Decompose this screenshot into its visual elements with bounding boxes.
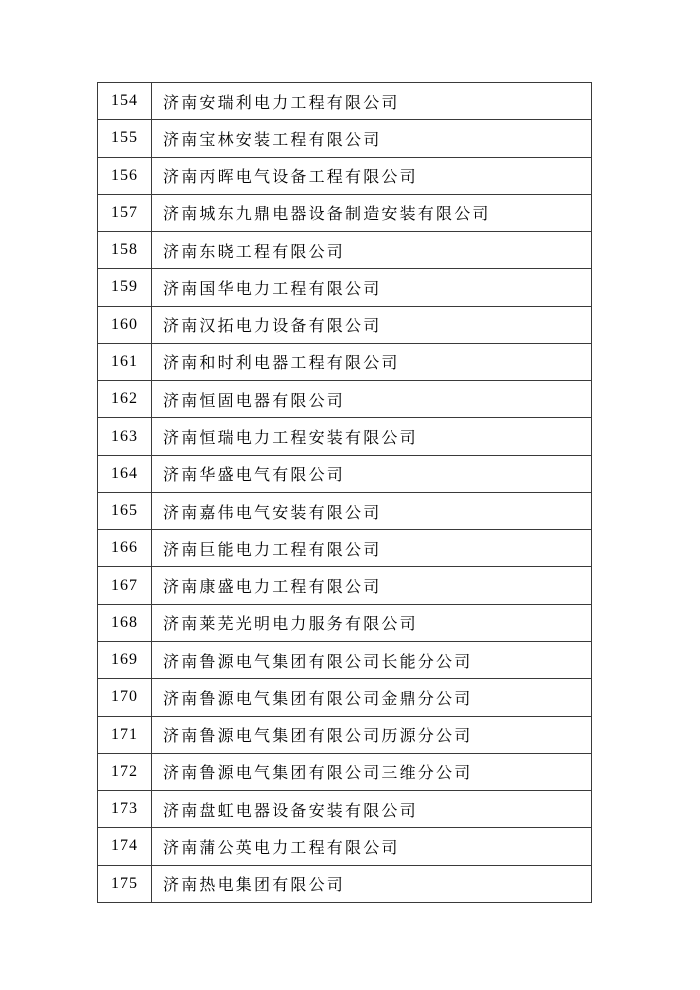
table-row: 155济南宝林安装工程有限公司	[98, 120, 592, 157]
row-number-cell: 171	[98, 716, 152, 753]
company-name-cell: 济南华盛电气有限公司	[152, 455, 592, 492]
row-number-cell: 161	[98, 343, 152, 380]
table-row: 171济南鲁源电气集团有限公司历源分公司	[98, 716, 592, 753]
table-row: 154济南安瑞利电力工程有限公司	[98, 83, 592, 120]
row-number-cell: 164	[98, 455, 152, 492]
company-name-cell: 济南热电集团有限公司	[152, 865, 592, 902]
company-name-cell: 济南恒瑞电力工程安装有限公司	[152, 418, 592, 455]
document-page: 154济南安瑞利电力工程有限公司155济南宝林安装工程有限公司156济南丙晖电气…	[0, 0, 700, 990]
table-row: 173济南盘虹电器设备安装有限公司	[98, 791, 592, 828]
company-name-cell: 济南安瑞利电力工程有限公司	[152, 83, 592, 120]
table-row: 163济南恒瑞电力工程安装有限公司	[98, 418, 592, 455]
company-table-body: 154济南安瑞利电力工程有限公司155济南宝林安装工程有限公司156济南丙晖电气…	[98, 83, 592, 903]
company-name-cell: 济南宝林安装工程有限公司	[152, 120, 592, 157]
row-number-cell: 160	[98, 306, 152, 343]
row-number-cell: 172	[98, 753, 152, 790]
company-name-cell: 济南国华电力工程有限公司	[152, 269, 592, 306]
company-name-cell: 济南和时利电器工程有限公司	[152, 343, 592, 380]
company-name-cell: 济南鲁源电气集团有限公司长能分公司	[152, 641, 592, 678]
table-row: 167济南康盛电力工程有限公司	[98, 567, 592, 604]
row-number-cell: 169	[98, 641, 152, 678]
company-name-cell: 济南鲁源电气集团有限公司三维分公司	[152, 753, 592, 790]
row-number-cell: 165	[98, 492, 152, 529]
row-number-cell: 166	[98, 530, 152, 567]
table-row: 161济南和时利电器工程有限公司	[98, 343, 592, 380]
company-name-cell: 济南恒固电器有限公司	[152, 381, 592, 418]
table-row: 157济南城东九鼎电器设备制造安装有限公司	[98, 194, 592, 231]
table-row: 174济南蒲公英电力工程有限公司	[98, 828, 592, 865]
company-name-cell: 济南蒲公英电力工程有限公司	[152, 828, 592, 865]
table-row: 160济南汉拓电力设备有限公司	[98, 306, 592, 343]
row-number-cell: 174	[98, 828, 152, 865]
row-number-cell: 159	[98, 269, 152, 306]
row-number-cell: 173	[98, 791, 152, 828]
row-number-cell: 155	[98, 120, 152, 157]
table-row: 165济南嘉伟电气安装有限公司	[98, 492, 592, 529]
row-number-cell: 157	[98, 194, 152, 231]
table-row: 170济南鲁源电气集团有限公司金鼎分公司	[98, 679, 592, 716]
company-name-cell: 济南盘虹电器设备安装有限公司	[152, 791, 592, 828]
company-name-cell: 济南康盛电力工程有限公司	[152, 567, 592, 604]
company-name-cell: 济南东晓工程有限公司	[152, 232, 592, 269]
company-name-cell: 济南嘉伟电气安装有限公司	[152, 492, 592, 529]
company-name-cell: 济南莱芜光明电力服务有限公司	[152, 604, 592, 641]
row-number-cell: 175	[98, 865, 152, 902]
company-name-cell: 济南丙晖电气设备工程有限公司	[152, 157, 592, 194]
company-name-cell: 济南鲁源电气集团有限公司历源分公司	[152, 716, 592, 753]
row-number-cell: 163	[98, 418, 152, 455]
row-number-cell: 162	[98, 381, 152, 418]
table-row: 164济南华盛电气有限公司	[98, 455, 592, 492]
table-row: 169济南鲁源电气集团有限公司长能分公司	[98, 641, 592, 678]
table-row: 175济南热电集团有限公司	[98, 865, 592, 902]
row-number-cell: 158	[98, 232, 152, 269]
company-name-cell: 济南鲁源电气集团有限公司金鼎分公司	[152, 679, 592, 716]
table-row: 156济南丙晖电气设备工程有限公司	[98, 157, 592, 194]
row-number-cell: 154	[98, 83, 152, 120]
company-name-cell: 济南城东九鼎电器设备制造安装有限公司	[152, 194, 592, 231]
row-number-cell: 167	[98, 567, 152, 604]
row-number-cell: 156	[98, 157, 152, 194]
table-row: 166济南巨能电力工程有限公司	[98, 530, 592, 567]
table-row: 159济南国华电力工程有限公司	[98, 269, 592, 306]
table-row: 168济南莱芜光明电力服务有限公司	[98, 604, 592, 641]
company-name-cell: 济南巨能电力工程有限公司	[152, 530, 592, 567]
row-number-cell: 168	[98, 604, 152, 641]
table-row: 172济南鲁源电气集团有限公司三维分公司	[98, 753, 592, 790]
table-row: 158济南东晓工程有限公司	[98, 232, 592, 269]
company-name-cell: 济南汉拓电力设备有限公司	[152, 306, 592, 343]
company-list-table: 154济南安瑞利电力工程有限公司155济南宝林安装工程有限公司156济南丙晖电气…	[97, 82, 592, 903]
row-number-cell: 170	[98, 679, 152, 716]
table-row: 162济南恒固电器有限公司	[98, 381, 592, 418]
